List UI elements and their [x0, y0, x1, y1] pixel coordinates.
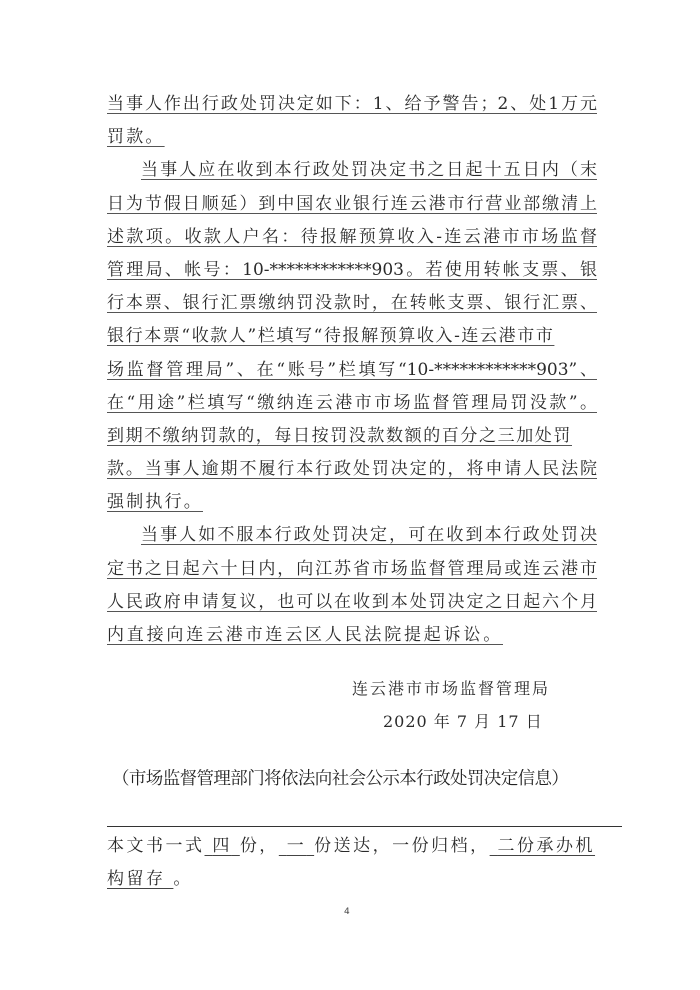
text-line: 本文书一式 四 份， 一 份送达，一份归档， 二份承办机: [107, 830, 597, 863]
text-line: 定书之日起六十日内，向江苏省市场监督管理局或连云港市: [107, 553, 597, 586]
copies-statement: 本文书一式 四 份， 一 份送达，一份归档， 二份承办机 构留存 。: [107, 830, 597, 896]
divider-line: [107, 826, 622, 827]
page-number: 4: [344, 907, 350, 917]
text-line: 强制执行。: [107, 486, 597, 519]
text-line: 当事人应在收到本行政处罚决定书之日起十五日内（末: [107, 154, 597, 187]
text-line: 行本票、银行汇票缴纳罚没款时，在转帐支票、银行汇票、: [107, 287, 597, 320]
text-line: 在“用途”栏填写“缴纳连云港市市场监督管理局罚没款”。: [107, 387, 597, 420]
copies-total: 四: [205, 836, 240, 856]
issuing-authority: 连云港市市场监督管理局: [352, 672, 550, 705]
text-line: 内直接向连云港市连云区人民法院提起诉讼。: [107, 619, 597, 652]
text-line: 日为节假日顺延）到中国农业银行连云港市行营业部缴清上: [107, 188, 597, 221]
text-line: 管理局、帐号：10-************903。若使用转帐支票、银: [107, 254, 597, 287]
copies-kept: 二份承办机: [490, 836, 595, 856]
text-line: 当事人如不服本行政处罚决定，可在收到本行政处罚决: [107, 519, 597, 552]
decision-body: 当事人作出行政处罚决定如下：1、给予警告；2、处1万元 罚款。 当事人应在收到本…: [107, 88, 597, 652]
text-line: 款。当事人逾期不履行本行政处罚决定的，将申请人民法院: [107, 453, 597, 486]
issue-date: 2020 年 7 月 17 日: [383, 705, 543, 738]
copies-kept-cont: 构留存: [107, 869, 166, 889]
text-line: 场监督管理局”、在“账号”栏填写“10-************903”、: [107, 354, 597, 387]
text-line: 到期不缴纳罚款的，每日按罚没款数额的百分之三加处罚: [107, 420, 597, 453]
text-line: 述款项。收款人户名：待报解预算收入-连云港市市场监督: [107, 221, 597, 254]
document-page: 当事人作出行政处罚决定如下：1、给予警告；2、处1万元 罚款。 当事人应在收到本…: [0, 0, 700, 990]
text-line: 人民政府申请复议，也可以在收到本处罚决定之日起六个月: [107, 586, 597, 619]
public-notice: （市场监督管理部门将依法向社会公示本行政处罚决定信息）: [112, 764, 568, 794]
text-line: 银行本票“收款人”栏填写“待报解预算收入-连云港市市: [107, 320, 597, 353]
text-line: 构留存 。: [107, 863, 597, 896]
text-line: 罚款。: [107, 121, 597, 154]
copies-served: 一: [279, 836, 314, 856]
text-line: 当事人作出行政处罚决定如下：1、给予警告；2、处1万元: [107, 88, 597, 121]
